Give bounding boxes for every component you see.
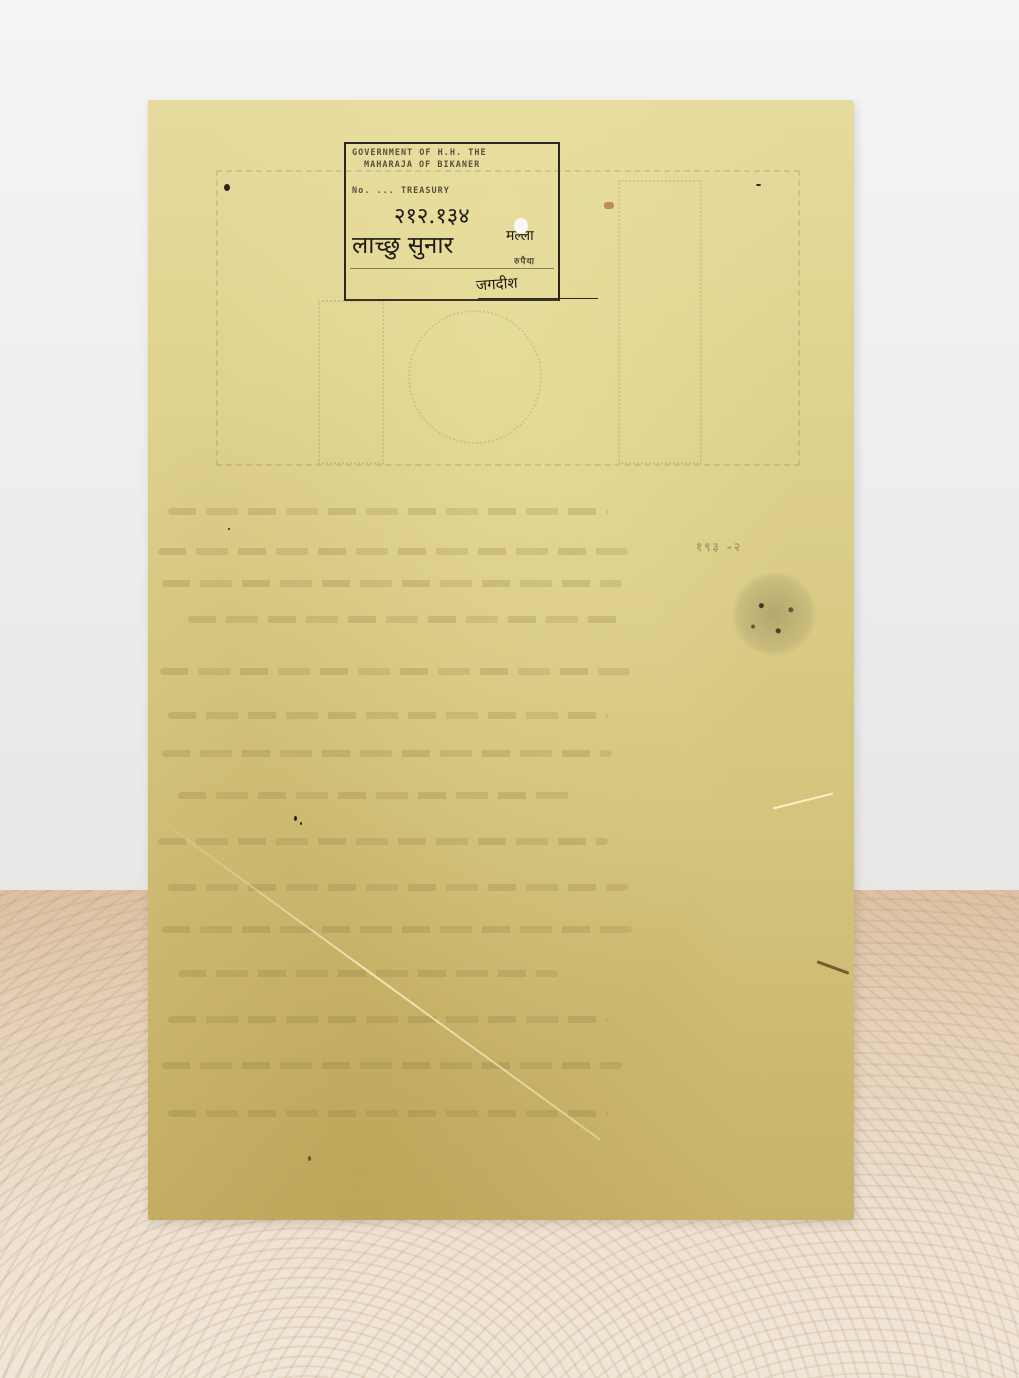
stamp-rule xyxy=(350,268,554,269)
bleed-through-text-line xyxy=(158,838,608,845)
bleed-through-text-line xyxy=(168,1016,608,1023)
ink-spot xyxy=(308,1156,311,1161)
stamp-handwritten-number: २१२.१३४ xyxy=(394,200,470,230)
treasury-stamp: GOVERNMENT OF H.H. THE MAHARAJA OF BIKAN… xyxy=(344,142,560,301)
bleed-through-text-line xyxy=(160,668,630,675)
round-seal xyxy=(732,572,816,656)
bleed-through-text-line xyxy=(162,580,622,587)
stamp-printed-line-2: MAHARAJA OF BIKANER xyxy=(364,160,552,170)
punch-hole xyxy=(514,218,528,234)
stamp-signature: जगदीश xyxy=(475,273,518,296)
bleed-through-text-line xyxy=(162,750,612,757)
stamp-printed-line-3: No. ... TREASURY xyxy=(352,186,552,196)
signature-underline xyxy=(478,298,598,299)
bleed-through-text-line xyxy=(162,926,632,933)
stamp-printed-small: रुपैया xyxy=(514,254,552,267)
ink-spot xyxy=(756,184,761,186)
stamp-printed-line-1: GOVERNMENT OF H.H. THE xyxy=(352,148,552,158)
stamp-handwritten-name: लाच्छु सुनार xyxy=(352,228,453,261)
ink-spot xyxy=(224,184,230,191)
bleed-through-text-line xyxy=(168,712,608,719)
bleed-through-text-line xyxy=(188,616,618,623)
ink-spot xyxy=(294,816,297,821)
ink-spot xyxy=(300,822,302,825)
ink-spot xyxy=(228,528,230,530)
red-ink-mark xyxy=(604,202,614,209)
bleed-through-text-line xyxy=(158,548,628,555)
edge-tear xyxy=(773,793,834,810)
edge-tear xyxy=(817,960,850,974)
bleed-through-text-line xyxy=(168,884,628,891)
bleed-through-text-line xyxy=(168,508,608,515)
document-paper: GOVERNMENT OF H.H. THE MAHARAJA OF BIKAN… xyxy=(148,100,854,1220)
bleed-through-column xyxy=(318,300,384,464)
seal-caption: १९३ -२ xyxy=(696,538,742,555)
bleed-through-emblem xyxy=(408,310,542,444)
bleed-through-column xyxy=(618,180,702,464)
bleed-through-text-line xyxy=(162,1062,622,1069)
bleed-through-text-line xyxy=(168,1110,608,1117)
bleed-through-text-line xyxy=(178,792,578,799)
